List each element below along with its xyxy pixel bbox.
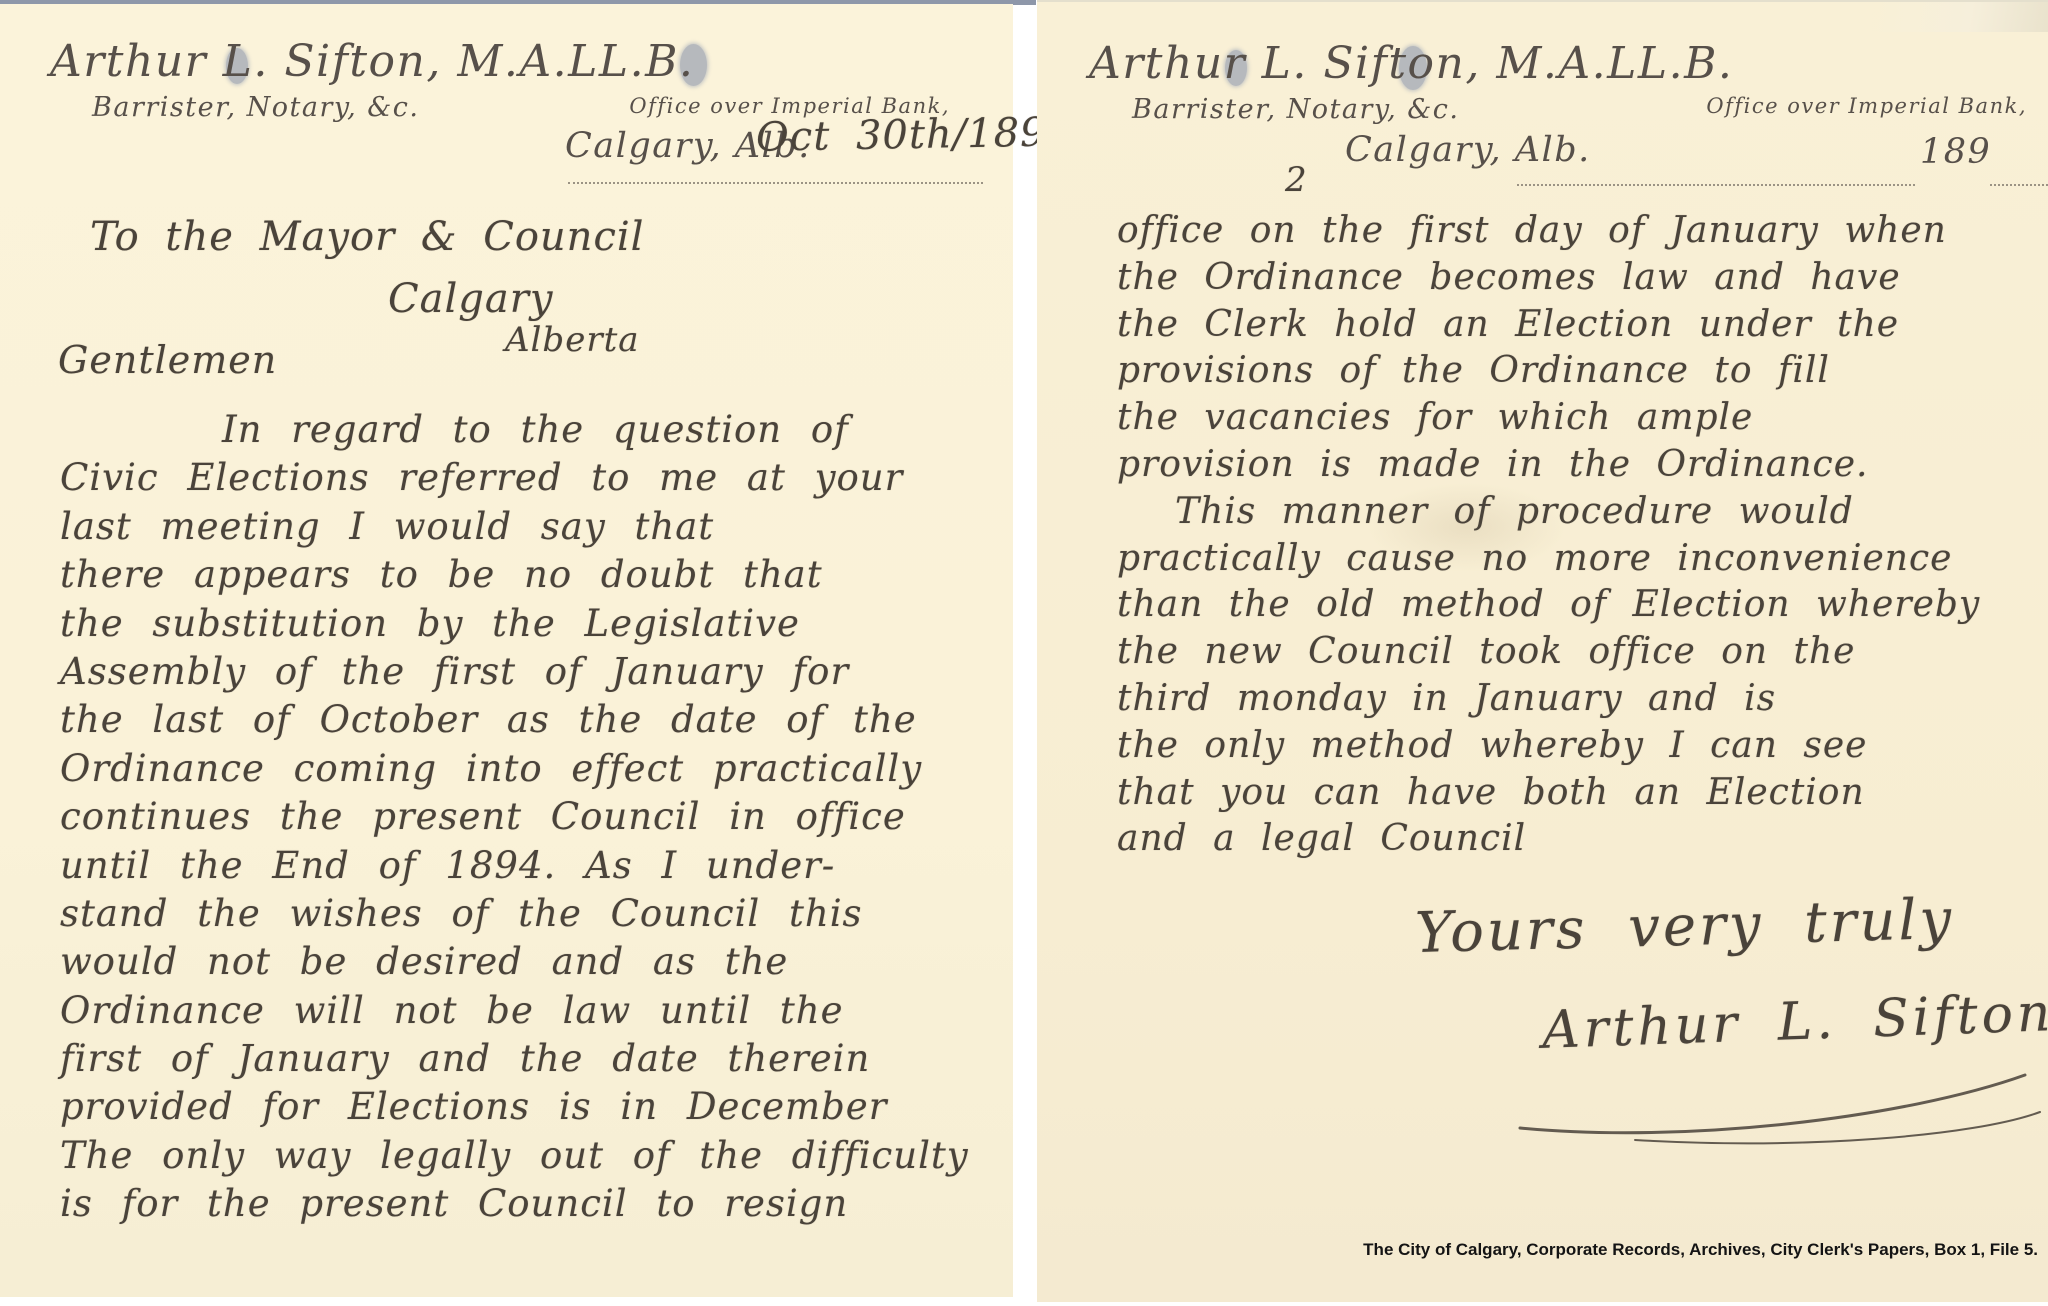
handwritten-line: until the End of 1894. As I under- (60, 842, 1008, 890)
handwritten-line: last meeting I would say that (60, 503, 1008, 551)
handwritten-line: stand the wishes of the Council this (60, 890, 1008, 938)
letterhead-subtitle: Barrister, Notary, &c. (1132, 94, 1459, 125)
handwritten-line: the last of October as the date of the (60, 696, 1008, 744)
letter-body-page-2: office on the first day of January when … (1117, 208, 2027, 863)
recipient-line: To the Mayor & Council (90, 214, 644, 260)
letterhead-subtitle: Barrister, Notary, &c. (92, 92, 419, 123)
handwritten-line: would not be desired and as the (60, 938, 1008, 986)
dateline-rule (568, 180, 983, 184)
handwritten-line: provided for Elections is in December (60, 1083, 1008, 1131)
letter-page-1: Arthur L. Sifton, M.A.LL.B. Barrister, N… (0, 4, 1013, 1297)
handwritten-line: practically cause no more inconvenience (1117, 536, 2027, 583)
handwritten-line: This manner of procedure would (1117, 489, 2027, 536)
salutation: Gentlemen (58, 338, 277, 382)
handwritten-line: provisions of the Ordinance to fill (1117, 348, 2027, 395)
page-corner-shadow (1872, 2, 2048, 32)
handwritten-line: first of January and the date therein (60, 1035, 1008, 1083)
dateline-place: Calgary, Alb. (1345, 130, 1591, 170)
letterhead-name: Arthur L. Sifton, M.A.LL.B. (1089, 38, 1733, 89)
handwritten-line: continues the present Council in office (60, 793, 1008, 841)
handwritten-line: that you can have both an Election (1117, 770, 2027, 817)
letter-body-page-1: In regard to the question of Civic Elect… (60, 406, 1008, 1229)
handwritten-line: the Clerk hold an Election under the (1117, 302, 2027, 349)
dateline-rule (1990, 182, 2048, 186)
letterhead-office-note: Office over Imperial Bank, (1687, 94, 2027, 118)
handwritten-line: Ordinance will not be law until the (60, 987, 1008, 1035)
handwritten-line: third monday in January and is (1117, 676, 2027, 723)
closing-line: Yours very truly (1414, 887, 1955, 966)
letter-page-2: Arthur L. Sifton, M.A.LL.B. Barrister, N… (1037, 0, 2048, 1302)
handwritten-line: is for the present Council to resign (60, 1180, 1008, 1228)
handwritten-line: office on the first day of January when (1117, 208, 2027, 255)
handwritten-date: Oct 30th/1893 (756, 109, 1074, 161)
handwritten-line: the Ordinance becomes law and have (1117, 255, 2027, 302)
handwritten-line: and a legal Council (1117, 816, 2027, 863)
handwritten-line: than the old method of Election whereby (1117, 582, 2027, 629)
scanned-letter: Arthur L. Sifton, M.A.LL.B. Barrister, N… (0, 0, 2048, 1306)
archival-citation: The City of Calgary, Corporate Records, … (1363, 1240, 2038, 1260)
page-number: 2 (1285, 160, 1308, 200)
letterhead-name: Arthur L. Sifton, M.A.LL.B. (50, 36, 694, 87)
handwritten-line: the new Council took office on the (1117, 629, 2027, 676)
handwritten-line: there appears to be no doubt that (60, 551, 1008, 599)
handwritten-line: Civic Elections referred to me at your (60, 454, 1008, 502)
dateline-rule (1517, 182, 1915, 186)
handwritten-line: provision is made in the Ordinance. (1117, 442, 2027, 489)
dateline-year: 189 (1920, 132, 1991, 172)
signature-flourish (1505, 1040, 2048, 1150)
recipient-line: Calgary (388, 276, 553, 322)
handwritten-line: Ordinance coming into effect practically (60, 745, 1008, 793)
handwritten-line: Assembly of the first of January for (60, 648, 1008, 696)
handwritten-line: the substitution by the Legislative (60, 600, 1008, 648)
recipient-line: Alberta (505, 320, 640, 360)
handwritten-line: The only way legally out of the difficul… (60, 1132, 1008, 1180)
handwritten-line: In regard to the question of (60, 406, 1008, 454)
handwritten-line: the only method whereby I can see (1117, 723, 2027, 770)
handwritten-line: the vacancies for which ample (1117, 395, 2027, 442)
